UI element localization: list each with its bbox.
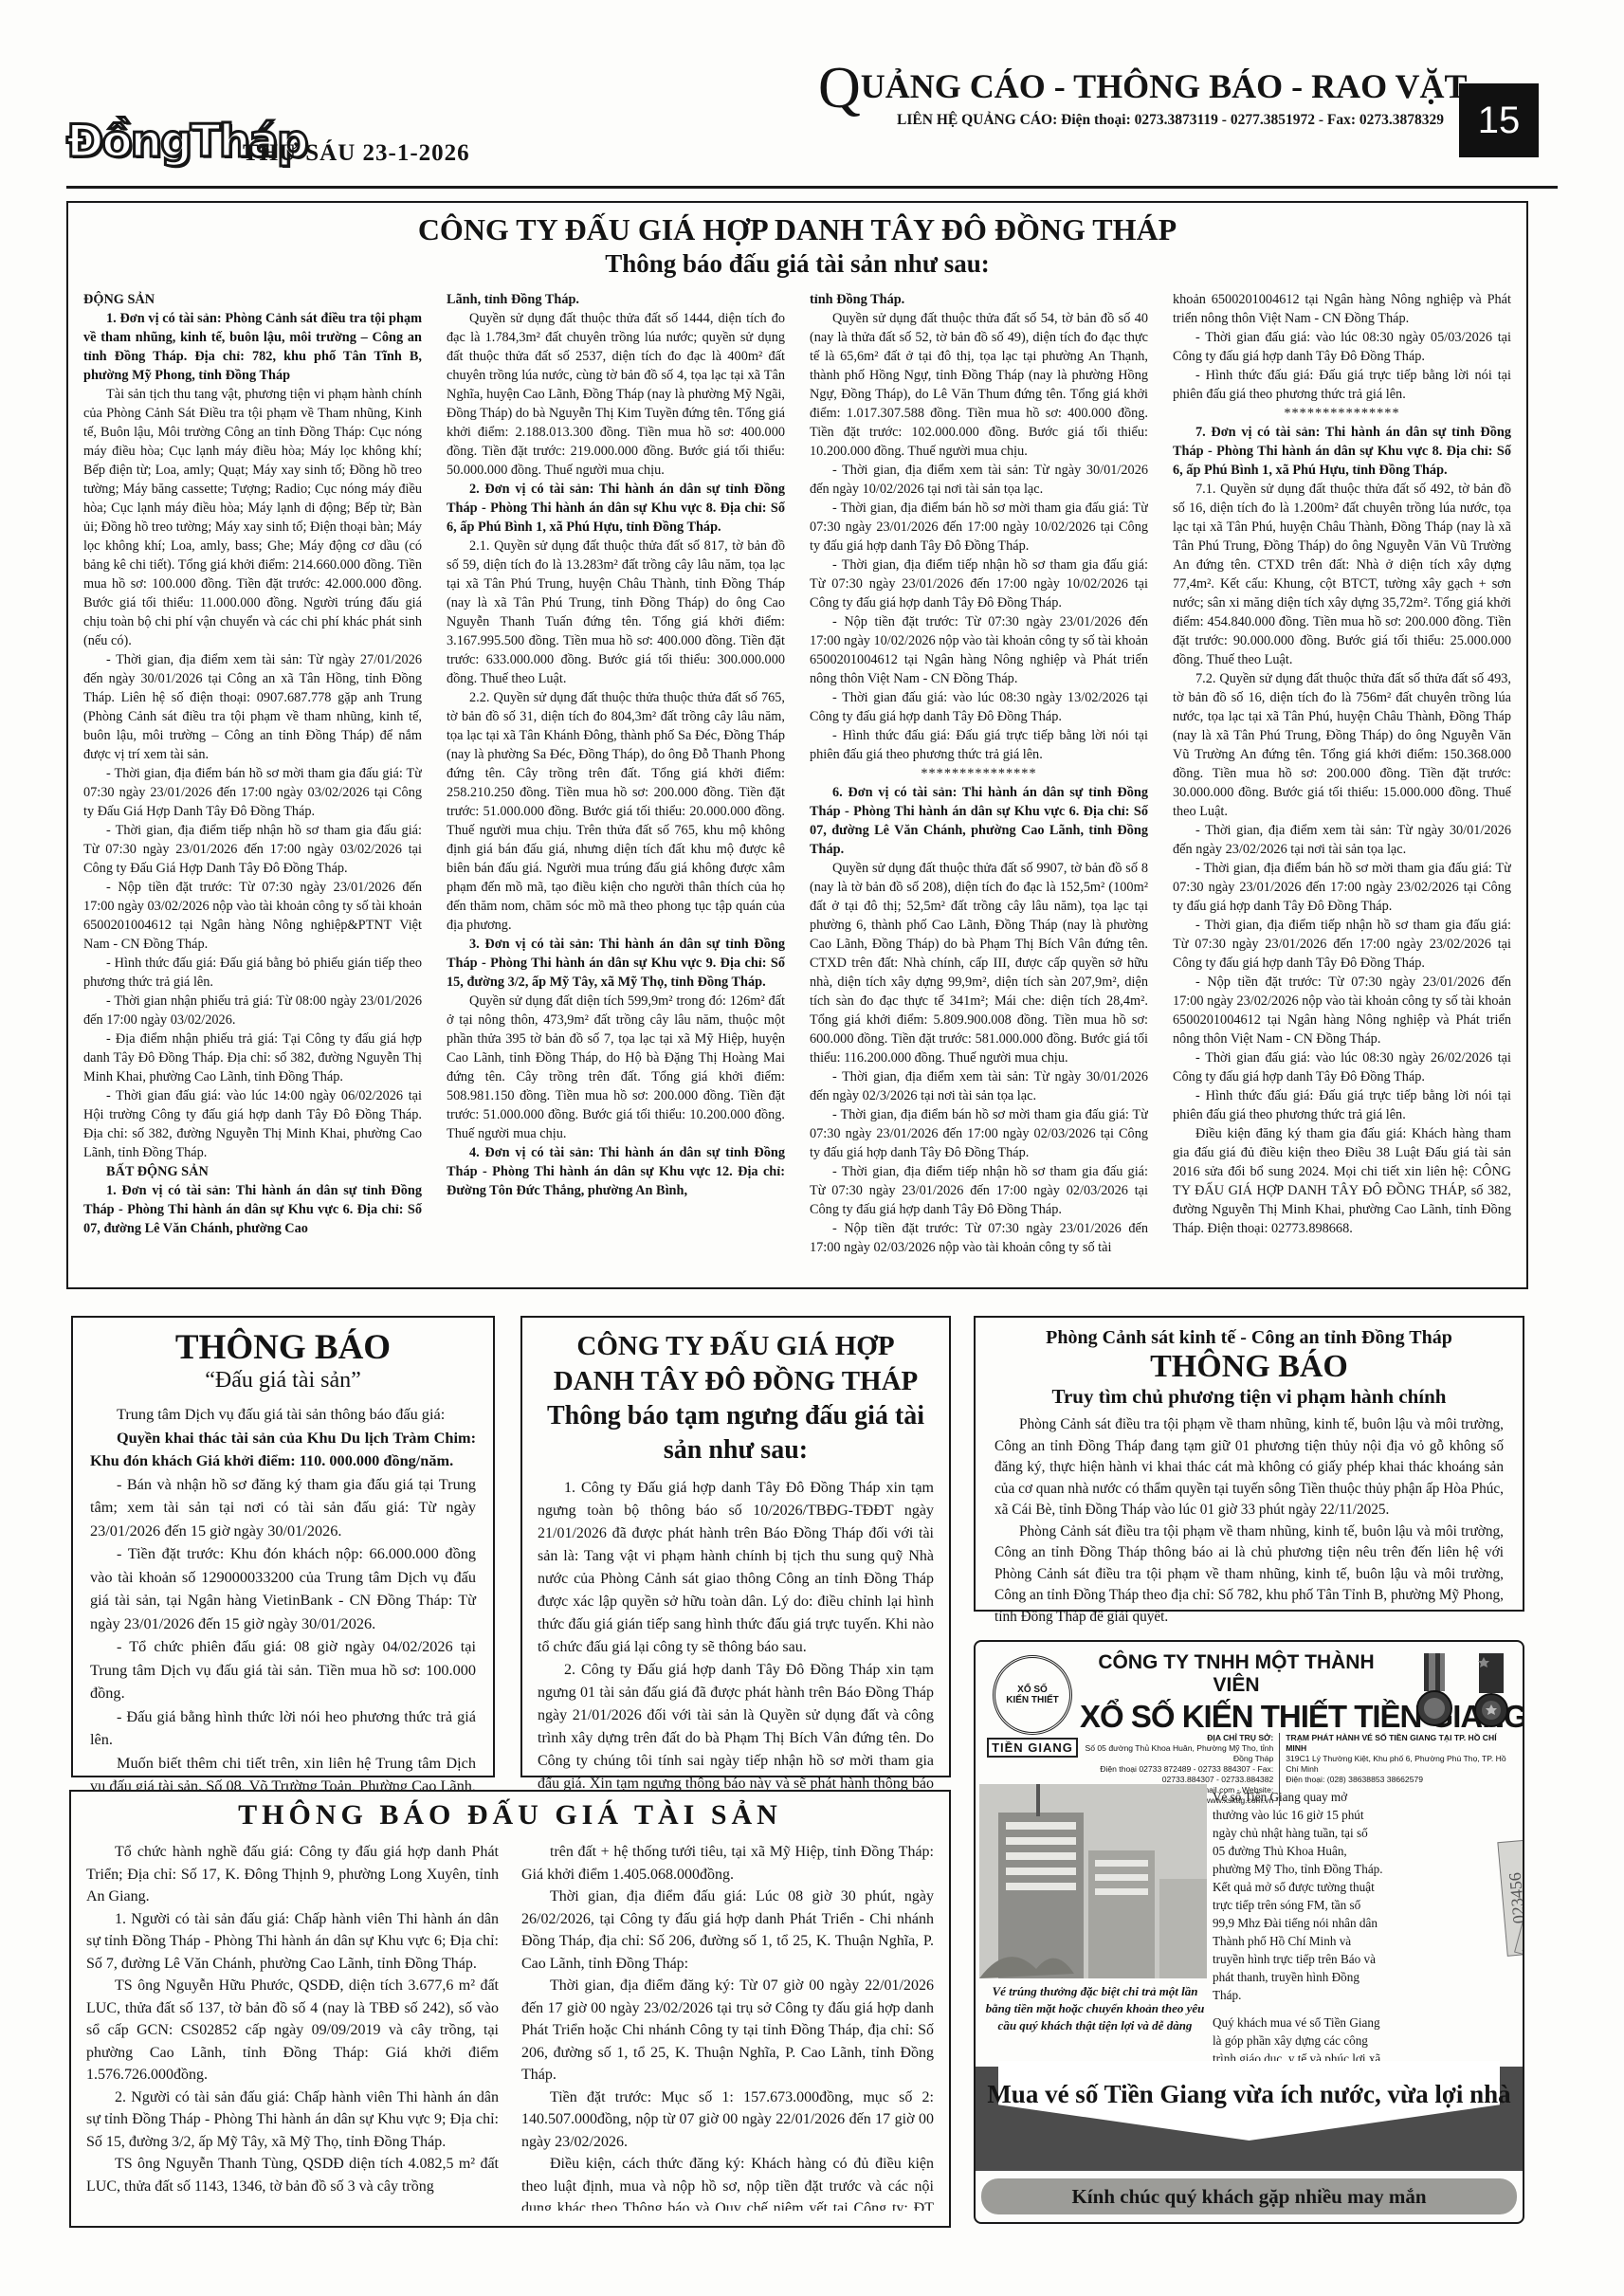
paragraph: - Tiền đặt trước: Khu đón khách nộp: 66.… — [90, 1542, 476, 1635]
paragraph: Quyền khai thác tài sản của Khu Du lịch … — [90, 1427, 476, 1473]
paragraph: 2. Đơn vị có tài sản: Thi hành án dân sự… — [447, 480, 785, 537]
paragraph: - Đấu giá bằng hình thức lời nói heo phư… — [90, 1705, 476, 1752]
lottery-caption: Vé trúng thưởng đặc biệt chi trả một lần… — [981, 1983, 1209, 2034]
paragraph: - Thời gian, địa điểm bán hồ sơ mời tham… — [83, 764, 422, 821]
paragraph: - Thời gian đấu giá: vào lúc 08:30 ngày … — [1173, 328, 1511, 366]
box3-subtitle: Truy tìm chủ phương tiện vi phạm hành ch… — [994, 1385, 1504, 1409]
paragraph: - Thời gian, địa điểm bán hồ sơ mời tham… — [1173, 859, 1511, 916]
paragraph: - Hình thức đấu giá: Đấu giá trực tiếp b… — [1173, 366, 1511, 404]
issue-date: THỨ SÁU 23-1-2026 — [243, 140, 470, 167]
paragraph: - Thời gian, địa điểm xem tài sản: Từ ng… — [1173, 821, 1511, 859]
paragraph: - Thời gian đấu giá: vào lúc 14:00 ngày … — [83, 1086, 422, 1162]
lottery-logo-emblem-icon: XỔ SỐKIẾN THIẾT — [993, 1655, 1072, 1735]
lottery-tickets-graphic: 023456 023456 023456 023456 023456 02345… — [1380, 1784, 1523, 2031]
lottery-logo: XỔ SỐKIẾN THIẾT TIỀN GIANG — [987, 1655, 1078, 1758]
notice-columns: ĐỘNG SẢN1. Đơn vị có tài sản: Phòng Cảnh… — [68, 279, 1526, 1268]
paragraph: TS ông Nguyễn Thanh Tùng, QSDĐ diện tích… — [86, 2153, 499, 2197]
ad-contact-line: LIÊN HỆ QUẢNG CÁO: Điện thoại: 0273.3873… — [818, 112, 1444, 129]
paragraph: 4. Đơn vị có tài sản: Thi hành án dân sự… — [447, 1143, 785, 1200]
lottery-slogan: Mua vé số Tiền Giang vừa ích nước, vừa l… — [976, 2080, 1523, 2109]
lottery-wish-bar: Kính chúc quý khách gặp nhiều may mắn — [981, 2178, 1517, 2214]
lottery-ad-body: Vé số Tiền Giang quay mở thưởng vào lúc … — [976, 1784, 1523, 2050]
paragraph: 6. Đơn vị có tài sản: Thi hành án dân sự… — [810, 783, 1148, 859]
box1-body: Trung tâm Dịch vụ đấu giá tài sản thông … — [90, 1403, 476, 1845]
paragraph: trên đất + hệ thống tưới tiêu, tại xã Mỹ… — [521, 1841, 934, 1886]
announcement-box-tram-chim: THÔNG BÁO “Đấu giá tài sản” Trung tâm Dị… — [71, 1316, 495, 1777]
bottom-auction-section: THÔNG BÁO ĐẤU GIÁ TÀI SẢN Tổ chức hành n… — [69, 1790, 951, 2228]
paragraph: - Nộp tiền đặt trước: Từ 07:30 ngày 23/0… — [810, 1219, 1148, 1257]
paragraph: - Thời gian đấu giá: vào lúc 08:30 ngày … — [1173, 1048, 1511, 1086]
bottom-column-1: Tổ chức hành nghề đấu giá: Công ty đấu g… — [86, 1841, 499, 2211]
paragraph: Quyền sử dụng đất diện tích 599,9m² tron… — [447, 992, 785, 1143]
drop-cap-q: Q — [818, 56, 861, 120]
paragraph: *************** — [1173, 404, 1511, 423]
paragraph: Quyền sử dụng đất thuộc thửa đất số 54, … — [810, 309, 1148, 461]
notice-subtitle: Thông báo đấu giá tài sản như sau: — [68, 249, 1526, 279]
paragraph: - Thời gian, địa điểm bán hồ sơ mời tham… — [810, 1105, 1148, 1162]
paragraph: Trung tâm Dịch vụ đấu giá tài sản thông … — [90, 1403, 476, 1427]
lottery-ad: XỔ SỐKIẾN THIẾT TIỀN GIANG CÔNG TY TNHH … — [974, 1640, 1524, 2224]
hq-phone: Điện thoại 02733 872489 - 02733 884307 -… — [1080, 1764, 1273, 1785]
branch-address: 319C1 Lý Thường Kiệt, Khu phố 6, Phường … — [1286, 1754, 1513, 1775]
notice-column-1: ĐỘNG SẢN1. Đơn vị có tài sản: Phòng Cảnh… — [83, 290, 422, 1268]
paragraph: - Thời gian, địa điểm tiếp nhận hồ sơ th… — [810, 1162, 1148, 1219]
box1-title: THÔNG BÁO — [90, 1327, 476, 1368]
paragraph: - Tổ chức phiên đấu giá: 08 giờ ngày 04/… — [90, 1635, 476, 1705]
paragraph: Quyền sử dụng đất thuộc thửa đất số 1444… — [447, 309, 785, 480]
paragraph: - Thời gian, địa điểm xem tài sản: Từ ng… — [810, 461, 1148, 499]
paragraph: Tiền đặt trước: Mục số 1: 157.673.000đồn… — [521, 2086, 934, 2154]
building-photo — [979, 1784, 1207, 1978]
notice-column-2: Lãnh, tỉnh Đồng Tháp.Quyền sử dụng đất t… — [447, 290, 785, 1268]
box3-body: Phòng Cảnh sát điều tra tội phạm về tham… — [994, 1414, 1504, 1628]
box2-subtitle: Thông báo tạm ngưng đấu giá tài sản như … — [538, 1399, 934, 1467]
paragraph: - Địa điểm nhận phiếu trả giá: Tại Công … — [83, 1030, 422, 1086]
paragraph: ĐỘNG SẢN — [83, 290, 422, 309]
lottery-logo-banner: TIỀN GIANG — [987, 1738, 1078, 1758]
lottery-ad-header: XỔ SỐKIẾN THIẾT TIỀN GIANG CÔNG TY TNHH … — [976, 1642, 1523, 1784]
paragraph: Phòng Cảnh sát điều tra tội phạm về tham… — [994, 1522, 1504, 1629]
masthead: ĐồngTháp THỨ SÁU 23-1-2026 QUẢNG CÁO - T… — [66, 66, 1558, 189]
paragraph: 1. Đơn vị có tài sản: Thi hành án dân sự… — [83, 1181, 422, 1238]
lottery-slogan-band: Mua vé số Tiền Giang vừa ích nước, vừa l… — [976, 2067, 1523, 2171]
box3-title: THÔNG BÁO — [994, 1349, 1504, 1385]
bottom-column-2: trên đất + hệ thống tưới tiêu, tại xã Mỹ… — [521, 1841, 934, 2211]
paragraph: 7.1. Quyền sử dụng đất thuộc thửa đất số… — [1173, 480, 1511, 669]
notice-company-title: CÔNG TY ĐẤU GIÁ HỢP DANH TÂY ĐÔ ĐỒNG THÁ… — [68, 212, 1526, 247]
paragraph: - Hình thức đấu giá: Đấu giá trực tiếp b… — [1173, 1086, 1511, 1124]
bottom-columns: Tổ chức hành nghề đấu giá: Công ty đấu g… — [86, 1841, 934, 2211]
paragraph: 7. Đơn vị có tài sản: Thi hành án dân sự… — [1173, 423, 1511, 480]
paragraph: 7.2. Quyền sử dụng đất thuộc thửa đất số… — [1173, 669, 1511, 821]
paragraph: TS ông Nguyễn Hữu Phước, QSDĐ, diện tích… — [86, 1975, 499, 2086]
medal-icons — [1413, 1653, 1513, 1733]
paragraph: - Bán và nhận hồ sơ đăng ký tham gia đấu… — [90, 1473, 476, 1543]
paragraph: BẤT ĐỘNG SẢN — [83, 1162, 422, 1181]
police-notice-box: Phòng Cảnh sát kinh tế - Công an tỉnh Đồ… — [974, 1316, 1524, 1612]
paragraph: - Thời gian, địa điểm tiếp nhận hồ sơ th… — [1173, 916, 1511, 973]
main-auction-notice-section: CÔNG TY ĐẤU GIÁ HỢP DANH TÂY ĐÔ ĐỒNG THÁ… — [66, 201, 1528, 1289]
box1-subtitle: “Đấu giá tài sản” — [90, 1368, 476, 1394]
paragraph: - Thời gian đấu giá: vào lúc 08:30 ngày … — [810, 688, 1148, 726]
notice-column-3: tỉnh Đồng Tháp.Quyền sử dụng đất thuộc t… — [810, 290, 1148, 1268]
lottery-info-text: Vé số Tiền Giang quay mở thưởng vào lúc … — [1213, 1788, 1383, 2095]
lottery-company-line1: CÔNG TY TNHH MỘT THÀNH VIÊN — [1080, 1651, 1393, 1697]
lottery-company-line2: XỔ SỐ KIẾN THIẾT TIỀN GIANG — [1080, 1699, 1393, 1735]
lottery-company-name: CÔNG TY TNHH MỘT THÀNH VIÊN XỔ SỐ KIẾN T… — [1080, 1651, 1393, 1735]
paragraph: Quyền sử dụng đất thuộc thửa đất số 9907… — [810, 859, 1148, 1067]
box3-org: Phòng Cảnh sát kinh tế - Công an tỉnh Đồ… — [994, 1327, 1504, 1349]
hq-address: Số 05 đường Thủ Khoa Huân, Phường Mỹ Tho… — [1080, 1743, 1273, 1764]
suspension-notice-box: CÔNG TY ĐẤU GIÁ HỢP DANH TÂY ĐÔ ĐỒNG THÁ… — [520, 1316, 951, 1777]
box2-title: CÔNG TY ĐẤU GIÁ HỢP DANH TÂY ĐÔ ĐỒNG THÁ… — [538, 1329, 934, 1399]
page-number-badge: 15 — [1459, 83, 1539, 157]
paragraph: Lãnh, tỉnh Đồng Tháp. — [447, 290, 785, 309]
paragraph: - Nộp tiền đặt trước: Từ 07:30 ngày 23/0… — [1173, 973, 1511, 1048]
paragraph: 3. Đơn vị có tài sản: Thi hành án dân sự… — [447, 935, 785, 992]
hq-label: ĐỊA CHỈ TRỤ SỞ: — [1080, 1733, 1273, 1743]
paragraph: Điều kiện đăng ký tham gia đấu giá: Khác… — [1173, 1124, 1511, 1238]
masthead-right: QUẢNG CÁO - THÔNG BÁO - RAO VẶT LIÊN HỆ … — [818, 66, 1444, 129]
paragraph: - Thời gian, địa điểm tiếp nhận hồ sơ th… — [83, 821, 422, 878]
medal-icon — [1413, 1653, 1456, 1733]
medal-icon — [1469, 1653, 1513, 1733]
paragraph: - Nộp tiền đặt trước: Từ 07:30 ngày 23/0… — [810, 612, 1148, 688]
paragraph: 1. Đơn vị có tài sản: Phòng Cảnh sát điề… — [83, 309, 422, 385]
paragraph: khoản 6500201004612 tại Ngân hàng Nông n… — [1173, 290, 1511, 328]
paragraph: Điều kiện, cách thức đăng ký: Khách hàng… — [521, 2153, 934, 2211]
paragraph: Tổ chức hành nghề đấu giá: Công ty đấu g… — [86, 1841, 499, 1908]
paragraph: tỉnh Đồng Tháp. — [810, 290, 1148, 309]
lottery-draw-info: Vé số Tiền Giang quay mở thưởng vào lúc … — [1213, 1788, 1383, 2004]
newspaper-page: ĐồngTháp THỨ SÁU 23-1-2026 QUẢNG CÁO - T… — [0, 0, 1624, 2296]
paragraph: - Thời gian nhận phiếu trả giá: Từ 08:00… — [83, 992, 422, 1030]
paragraph: Thời gian, địa điểm đăng ký: Từ 07 giờ 0… — [521, 1975, 934, 2086]
notice-column-4: khoản 6500201004612 tại Ngân hàng Nông n… — [1173, 290, 1511, 1268]
paragraph: *************** — [810, 764, 1148, 783]
paragraph: 2.2. Quyền sử dụng đất thuộc thửa thuộc … — [447, 688, 785, 935]
paragraph: - Hình thức đấu giá: Đấu giá bằng bỏ phi… — [83, 954, 422, 992]
paragraph: Phòng Cảnh sát điều tra tội phạm về tham… — [994, 1414, 1504, 1522]
bottom-section-title: THÔNG BÁO ĐẤU GIÁ TÀI SẢN — [86, 1799, 934, 1831]
paragraph: - Thời gian, địa điểm tiếp nhận hồ sơ th… — [810, 556, 1148, 612]
paragraph: - Nộp tiền đặt trước: Từ 07:30 ngày 23/0… — [83, 878, 422, 954]
paragraph: - Thời gian, địa điểm xem tài sản: Từ ng… — [810, 1067, 1148, 1105]
section-header-title: QUẢNG CÁO - THÔNG BÁO - RAO VẶT — [818, 66, 1444, 106]
paragraph: - Thời gian, địa điểm bán hồ sơ mời tham… — [810, 499, 1148, 556]
paragraph: 2. Người có tài sản đấu giá: Chấp hành v… — [86, 2086, 499, 2154]
paragraph: - Hình thức đấu giá: Đấu giá trực tiếp b… — [810, 726, 1148, 764]
paragraph: Tài sản tịch thu tang vật, phương tiện v… — [83, 385, 422, 650]
branch-label: TRẠM PHÁT HÀNH VÉ SỐ TIỀN GIANG TẠI TP. … — [1286, 1733, 1513, 1754]
paragraph: - Thời gian, địa điểm xem tài sản: Từ ng… — [83, 650, 422, 764]
box2-body: 1. Công ty Đấu giá hợp danh Tây Đô Đồng … — [538, 1477, 934, 1818]
paragraph: 1. Người có tài sản đấu giá: Chấp hành v… — [86, 1908, 499, 1976]
paragraph: Thời gian, địa điểm đấu giá: Lúc 08 giờ … — [521, 1886, 934, 1975]
paragraph: 2.1. Quyền sử dụng đất thuộc thửa đất số… — [447, 537, 785, 688]
paragraph: 1. Công ty Đấu giá hợp danh Tây Đô Đồng … — [538, 1477, 934, 1659]
